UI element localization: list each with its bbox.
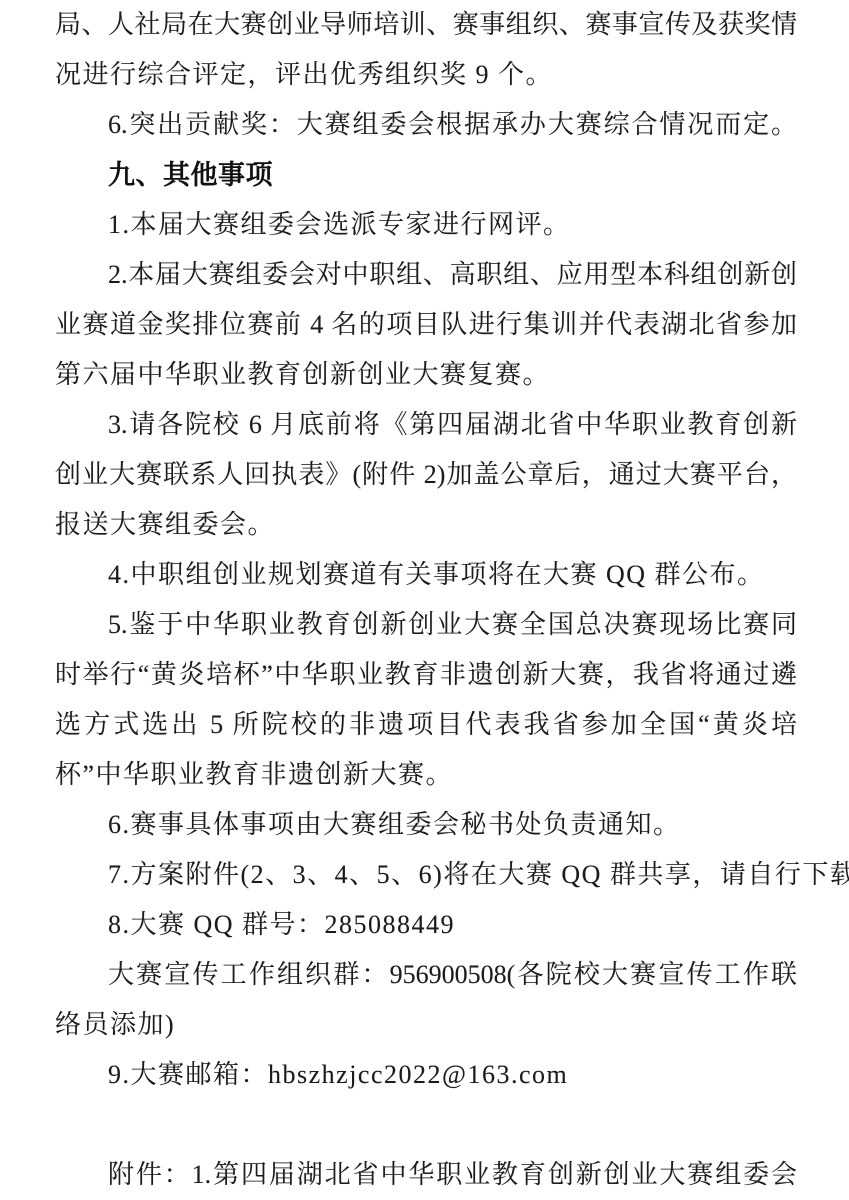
attachment-list-line: 附件：1.第四届湖北省中华职业教育创新创业大赛组委会 — [55, 1150, 797, 1200]
text-line: 3.请各院校 6 月底前将《第四届湖北省中华职业教育创新 — [55, 400, 797, 450]
text-line: 5.鉴于中华职业教育创新创业大赛全国总决赛现场比赛同 — [55, 600, 797, 650]
text-line: 络员添加) — [55, 1000, 797, 1050]
document-body: 局、人社局在大赛创业导师培训、赛事组织、赛事宣传及获奖情 况进行综合评定，评出优… — [55, 0, 797, 1200]
text-line: 6.赛事具体事项由大赛组委会秘书处负责通知。 — [55, 800, 797, 850]
text-line: 业赛道金奖排位赛前 4 名的项目队进行集训并代表湖北省参加 — [55, 300, 797, 350]
contest-email-line: 9.大赛邮箱：hbszhzjcc2022@163.com — [55, 1050, 797, 1100]
section-heading-other-matters: 九、其他事项 — [55, 150, 797, 200]
text-line: 选方式选出 5 所院校的非遗项目代表我省参加全国“黄炎培 — [55, 700, 797, 750]
text-line: 1.本届大赛组委会选派专家进行网评。 — [55, 200, 797, 250]
text-line: 创业大赛联系人回执表》(附件 2)加盖公章后，通过大赛平台， — [55, 450, 797, 500]
qq-group-number-line: 8.大赛 QQ 群号：285088449 — [55, 900, 797, 950]
text-line: 报送大赛组委会。 — [55, 500, 797, 550]
text-line: 2.本届大赛组委会对中职组、高职组、应用型本科组创新创 — [55, 250, 797, 300]
text-line: 第六届中华职业教育创新创业大赛复赛。 — [55, 350, 797, 400]
text-line: 时举行“黄炎培杯”中华职业教育非遗创新大赛，我省将通过遴 — [55, 650, 797, 700]
publicity-group-number-line: 大赛宣传工作组织群：956900508(各院校大赛宣传工作联 — [55, 950, 797, 1000]
document-page: 局、人社局在大赛创业导师培训、赛事组织、赛事宣传及获奖情 况进行综合评定，评出优… — [0, 0, 849, 1200]
blank-line — [55, 1100, 797, 1150]
text-line: 况进行综合评定，评出优秀组织奖 9 个。 — [55, 50, 797, 100]
text-line: 6.突出贡献奖：大赛组委会根据承办大赛综合情况而定。 — [55, 100, 797, 150]
text-line: 局、人社局在大赛创业导师培训、赛事组织、赛事宣传及获奖情 — [55, 0, 797, 50]
text-line: 4.中职组创业规划赛道有关事项将在大赛 QQ 群公布。 — [55, 550, 797, 600]
text-line: 杯”中华职业教育非遗创新大赛。 — [55, 750, 797, 800]
text-line: 7.方案附件(2、3、4、5、6)将在大赛 QQ 群共享，请自行下载。 — [55, 850, 797, 900]
